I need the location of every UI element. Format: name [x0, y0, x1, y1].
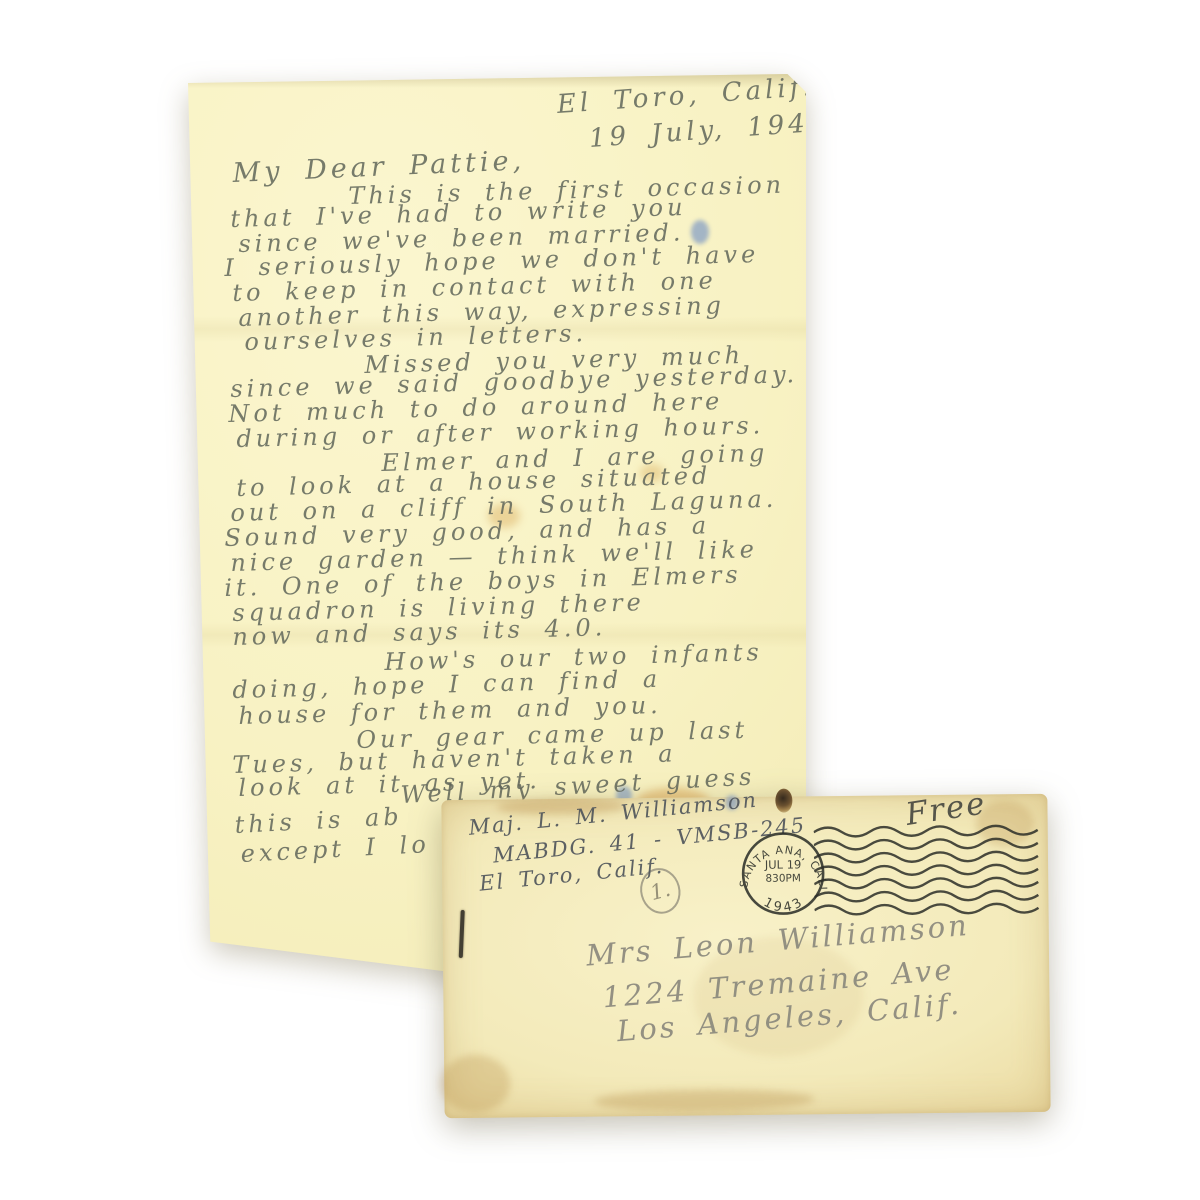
postmark-time-text: 830PM	[765, 872, 801, 884]
stain	[440, 1054, 511, 1113]
cancellation-waves	[814, 824, 1043, 918]
pencil-note: 1.	[648, 877, 673, 905]
staple-mark	[459, 910, 465, 958]
punch-hole	[775, 789, 792, 813]
photo-canvas: El Toro, Calif. 19 July, 1943. My Dear P…	[0, 0, 1200, 1200]
postmark-date-text: JUL 19	[764, 857, 802, 871]
envelope: 1. Maj. L. M. Williamson MABDG. 41 - VMS…	[441, 794, 1050, 1118]
stain	[594, 1088, 814, 1112]
